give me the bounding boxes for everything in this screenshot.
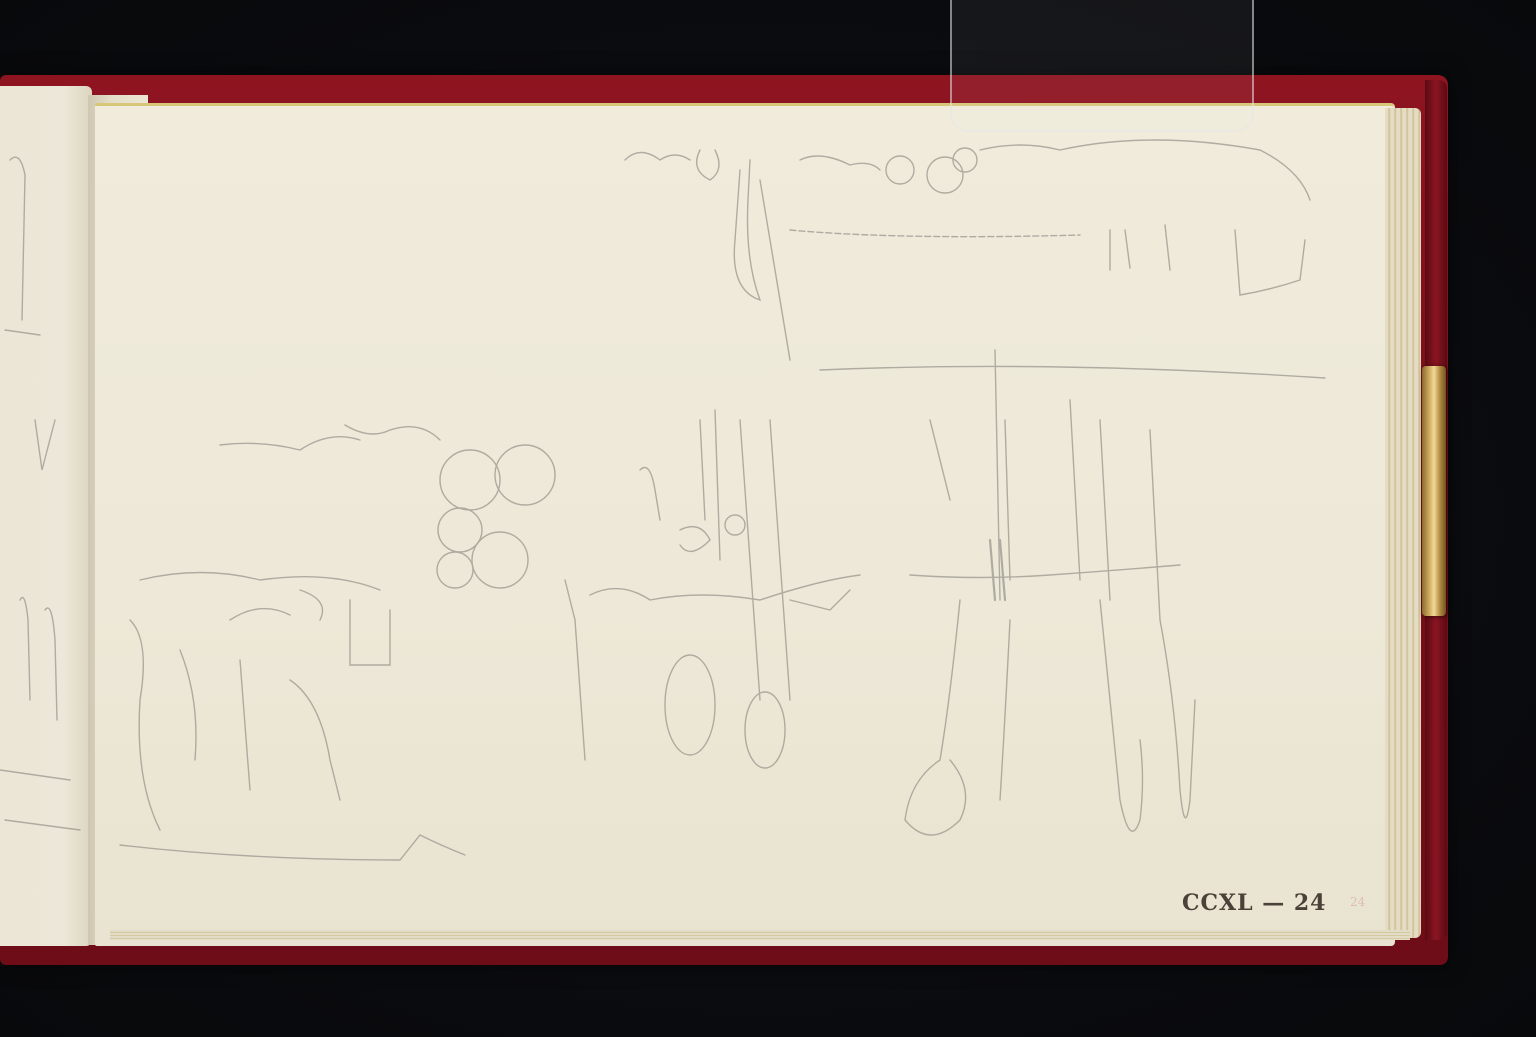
- gilt-clasp: [1422, 366, 1446, 616]
- sketchbook-photo: CCXL — 24 24: [0, 0, 1536, 1037]
- page-stack-edge: [1385, 108, 1421, 938]
- page-bottom-edge: [110, 930, 1410, 940]
- catalog-number-stamp: CCXL — 24: [1182, 890, 1327, 916]
- right-page: [95, 103, 1395, 946]
- acrylic-holder-clip: [950, 0, 1254, 132]
- left-page: [0, 86, 92, 946]
- pencil-page-number: 24: [1350, 895, 1365, 909]
